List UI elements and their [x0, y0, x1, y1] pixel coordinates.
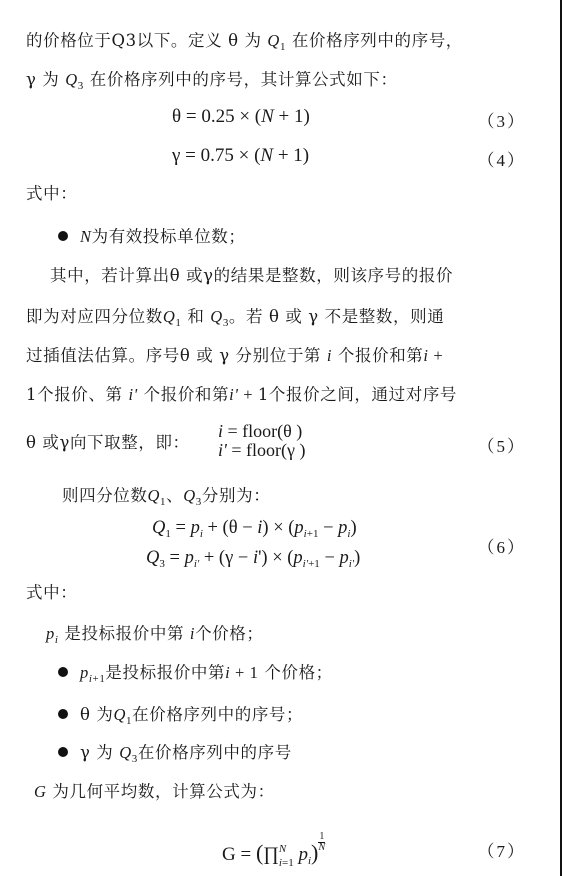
- bullet-item-pi-plus-1: pi+1是投标报价中第i + 1 个价格；: [58, 662, 333, 690]
- math-q3: Q3: [65, 70, 84, 89]
- equation-5-line-1: i = floor(θ ): [218, 422, 305, 441]
- text-segment: 为有效投标单位数；: [92, 227, 246, 246]
- text-segment: θ 为: [80, 705, 113, 724]
- math-q3: Q3: [119, 743, 138, 762]
- equation-number-7: （7）: [478, 837, 527, 862]
- text-segment: 的价格位于Q3以下。定义 θ 为: [26, 31, 267, 50]
- text-segment: 个报价和第: [138, 385, 229, 404]
- equation-3: θ = 0.25 × (N + 1): [172, 105, 310, 129]
- equation-6-line-1: Q1 = pi + (θ − i) × (pi+1 − pi): [146, 516, 360, 546]
- paragraph-line-2: γ 为 Q3 在价格序列中的序号，其计算公式如下：: [26, 69, 398, 97]
- text-segment: γ 为: [80, 743, 119, 762]
- math-q1: Q1: [267, 31, 286, 50]
- equation-5-line-2: i' = floor(γ ): [218, 441, 305, 460]
- equation-7: G = (∏Ni=1 pi)1N: [222, 832, 325, 873]
- text-segment: 在价格序列中的序号；: [132, 705, 303, 724]
- text-segment: 在价格序列中的序号: [138, 743, 292, 762]
- text-segment: 在价格序列中的序号，: [286, 31, 463, 50]
- text-segment: 是投标报价中第: [105, 663, 225, 682]
- text-segment: 1个报价之间，通过对序号: [258, 385, 457, 404]
- math-pi-plus-1: pi+1: [80, 663, 105, 682]
- text-segment: 过插值法估算。序号θ 或 γ 分别位于第: [26, 346, 327, 365]
- math-q1: Q1: [163, 307, 182, 326]
- text-segment: 即为对应四分位数: [26, 307, 163, 326]
- text-segment: 则四分位数: [62, 486, 148, 505]
- equation-4: γ = 0.75 × (N + 1): [172, 144, 309, 168]
- math-q1: Q1: [113, 705, 132, 724]
- paragraph-line-7: 过插值法估算。序号θ 或 γ 分别位于第 i 个报价和第i +: [26, 345, 443, 367]
- math-pi: pi: [46, 624, 59, 643]
- math-n: N: [80, 227, 92, 246]
- paragraph-line-10: 则四分位数Q1、Q3分别为：: [62, 485, 270, 513]
- text-segment: 个价格；: [259, 663, 333, 682]
- math-i-prime: i': [128, 385, 137, 404]
- text-segment: θ 或γ向下取整，即：: [26, 433, 190, 452]
- equation-6-line-2: Q3 = pi' + (γ − i') × (pi'+1 − pi'): [146, 546, 360, 576]
- definition-pi: pi 是投标报价中第 i个价格；: [46, 623, 264, 651]
- bullet-icon: [58, 709, 68, 719]
- text-segment: 、: [166, 486, 183, 505]
- equation-5: i = floor(θ ) i' = floor(γ ): [218, 422, 305, 460]
- bullet-icon: [58, 747, 68, 757]
- bullet-icon: [58, 231, 68, 241]
- math-q3: Q3: [183, 486, 202, 505]
- bullet-item-gamma: γ 为 Q3在价格序列中的序号: [58, 742, 292, 770]
- paragraph-line-16: G 为几何平均数，计算公式为：: [34, 781, 275, 803]
- equation-6: Q1 = pi + (θ − i) × (pi+1 − pi) Q3 = pi'…: [146, 516, 360, 576]
- text-segment: 1个报价、第: [26, 385, 128, 404]
- paragraph-line-1: 的价格位于Q3以下。定义 θ 为 Q1 在价格序列中的序号，: [26, 30, 463, 58]
- text-segment: γ 为: [26, 70, 65, 89]
- equation-number-4: （4）: [478, 146, 527, 171]
- text-segment: 分别为：: [202, 486, 270, 505]
- text-segment: 为几何平均数，计算公式为：: [47, 782, 275, 801]
- where-label-2: 式中：: [26, 582, 77, 604]
- math-q3: Q3: [210, 307, 229, 326]
- equation-number-6: （6）: [478, 533, 527, 558]
- math-g: G: [34, 782, 47, 801]
- equation-number-5: （5）: [478, 432, 527, 457]
- math-q1: Q1: [148, 486, 167, 505]
- text-segment: 在价格序列中的序号，其计算公式如下：: [84, 70, 398, 89]
- paragraph-line-9: θ 或γ向下取整，即：: [26, 432, 190, 454]
- equation-number-3: （3）: [478, 107, 527, 132]
- paragraph-line-6: 即为对应四分位数Q1 和 Q3。若 θ 或 γ 不是整数，则通: [26, 306, 444, 334]
- paragraph-line-8: 1个报价、第 i' 个报价和第i' + 1个报价之间，通过对序号: [26, 384, 457, 406]
- text-segment: 和: [187, 307, 204, 326]
- text-segment: 。若 θ 或 γ 不是整数，则通: [229, 307, 444, 326]
- where-label-1: 式中：: [26, 183, 77, 205]
- bullet-icon: [58, 667, 68, 677]
- text-segment: 是投标报价中第: [59, 624, 190, 643]
- paragraph-line-5: 其中，若计算出θ 或γ的结果是整数，则该序号的报价: [50, 265, 453, 287]
- bullet-item-theta: θ 为Q1在价格序列中的序号；: [58, 704, 303, 732]
- text-segment: 个报价和第: [332, 346, 423, 365]
- bullet-item-n: N为有效投标单位数；: [58, 226, 246, 248]
- text-segment: 个价格；: [195, 624, 263, 643]
